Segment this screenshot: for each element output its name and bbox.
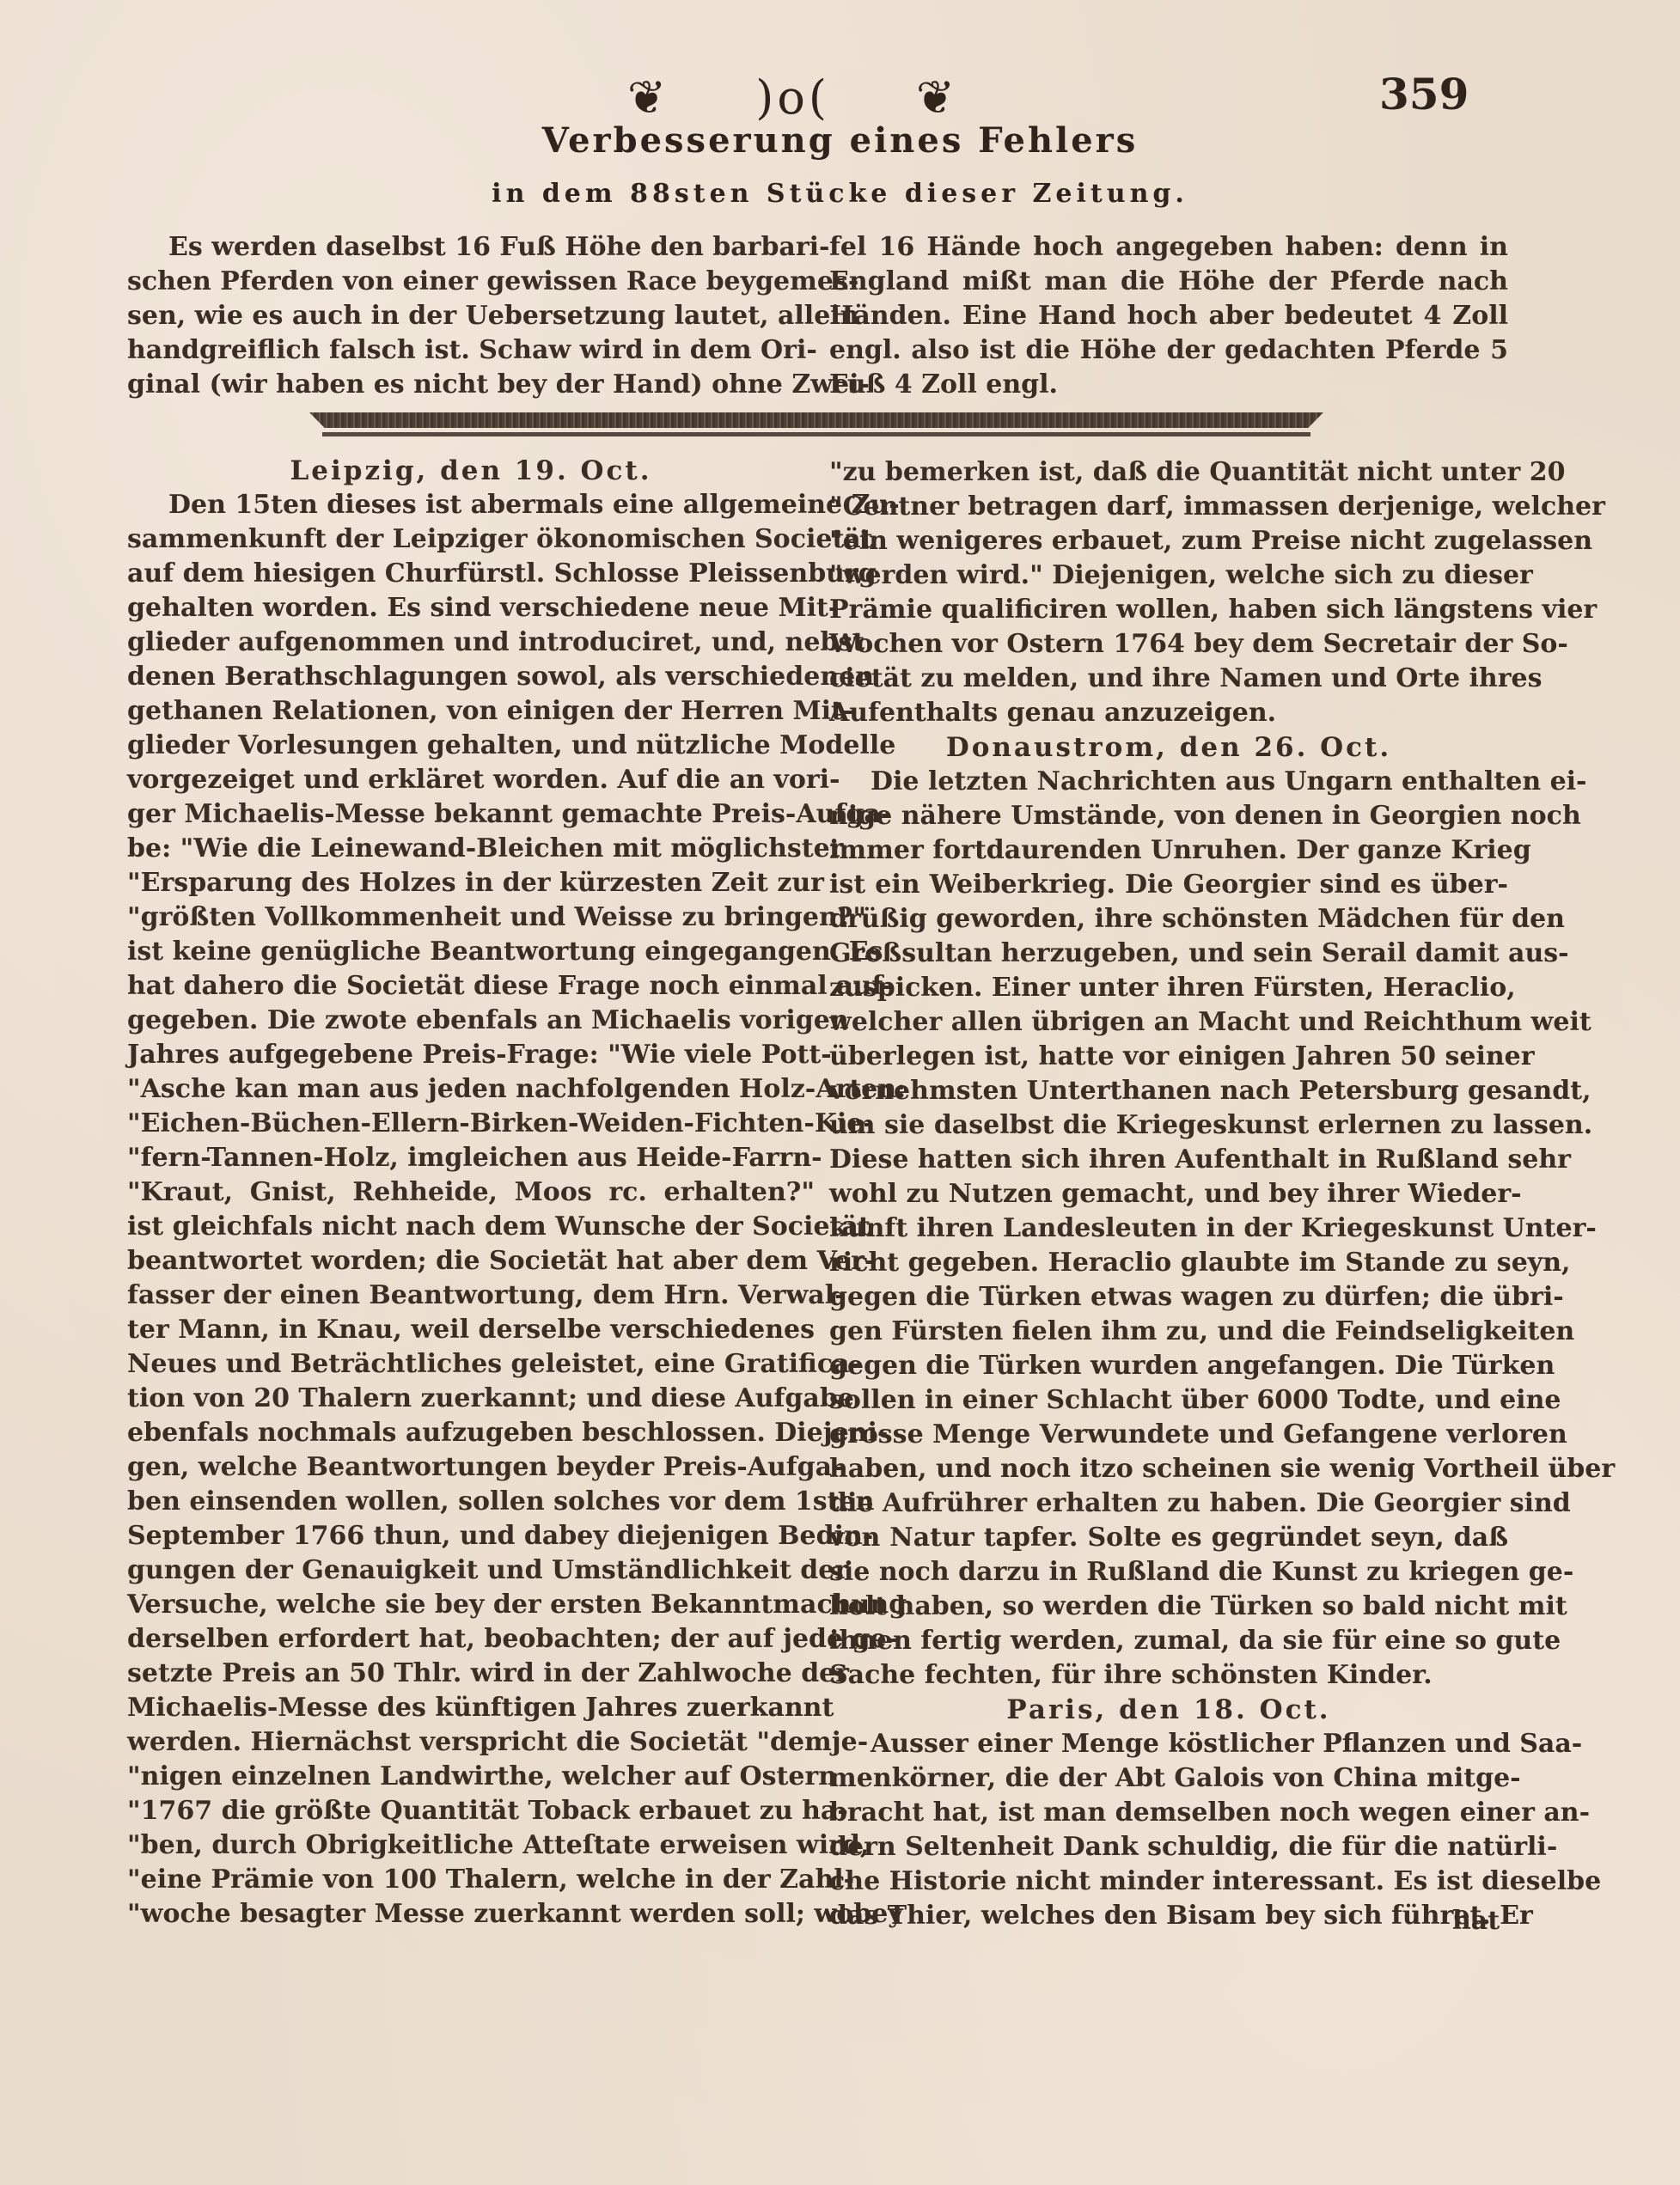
text-line: "Asche kan man aus jeden nachfolgenden H… xyxy=(127,1072,815,1107)
text-line: Ausser einer Menge köstlicher Pflanzen u… xyxy=(829,1727,1508,1761)
text-line: setzte Preis an 50 Thlr. wird in der Zah… xyxy=(127,1657,815,1691)
text-line: bracht hat, ist man demselben noch wegen… xyxy=(829,1796,1508,1830)
text-line: vorgezeiget und erkläret worden. Auf die… xyxy=(127,763,815,797)
dateline-paris: Paris, den 18. Oct. xyxy=(829,1693,1508,1727)
text-line: Großsultan herzugeben, und sein Serail d… xyxy=(829,937,1508,971)
text-line: Händen. Eine Hand hoch aber bedeutet 4 Z… xyxy=(829,299,1508,333)
text-line: Versuche, welche sie bey der ersten Beka… xyxy=(127,1588,815,1622)
text-line: "woche besagter Messe zuerkannt werden s… xyxy=(127,1897,815,1932)
text-line: ger Michaelis-Messe bekannt gemachte Pre… xyxy=(127,797,815,832)
article-leipzig: Leipzig, den 19. Oct. Den 15ten dieses i… xyxy=(127,454,815,1932)
text-line: Den 15ten dieses ist abermals eine allge… xyxy=(127,488,815,522)
text-line: immer fortdaurenden Unruhen. Der ganze K… xyxy=(829,833,1508,868)
text-line: "ein wenigeres erbauet, zum Preise nicht… xyxy=(829,524,1508,558)
text-line: werden. Hiernächst verspricht die Societ… xyxy=(127,1725,815,1760)
text-line: sen, wie es auch in der Uebersetzung lau… xyxy=(127,299,815,333)
text-line: fasser der einen Beantwortung, dem Hrn. … xyxy=(127,1279,815,1313)
text-line: "Centner betragen darf, immassen derjeni… xyxy=(829,490,1508,524)
text-line: gehalten worden. Es sind verschiedene ne… xyxy=(127,591,815,626)
text-line: ist keine genügliche Beantwortung eingeg… xyxy=(127,935,815,969)
text-line: glieder Vorlesungen gehalten, und nützli… xyxy=(127,729,815,763)
text-line: "fern-Tannen-Holz, imgleichen aus Heide-… xyxy=(127,1141,815,1175)
text-line: "Ersparung des Holzes in der kürzesten Z… xyxy=(127,866,815,900)
text-line: Fuß 4 Zoll engl. xyxy=(829,368,1508,402)
text-line: wohl zu Nutzen gemacht, und bey ihrer Wi… xyxy=(829,1177,1508,1212)
text-line: ist ein Weiberkrieg. Die Georgier sind e… xyxy=(829,868,1508,902)
text-line: Sache fechten, für ihre schönsten Kinder… xyxy=(829,1658,1508,1693)
article-right-column: "zu bemerken ist, daß die Quantität nich… xyxy=(829,455,1508,1933)
dateline-leipzig: Leipzig, den 19. Oct. xyxy=(127,454,815,488)
text-line: das Thier, welches den Bisam bey sich fü… xyxy=(829,1899,1508,1933)
shell-ornament-icon: ❦ xyxy=(627,70,669,125)
text-line: handgreiflich falsch ist. Schaw wird in … xyxy=(127,333,815,368)
text-line: "größten Vollkommenheit und Weisse zu br… xyxy=(127,900,815,935)
text-line: beantwortet worden; die Societät hat abe… xyxy=(127,1244,815,1279)
text-line: welcher allen übrigen an Macht und Reich… xyxy=(829,1005,1508,1040)
correction-subtitle: in dem 88sten Stücke dieser Zeitung. xyxy=(0,179,1680,209)
text-line: schen Pferden von einer gewissen Race be… xyxy=(127,265,815,299)
text-line: gethanen Relationen, von einigen der Her… xyxy=(127,694,815,729)
text-line: Aufenthalts genau anzuzeigen. xyxy=(829,696,1508,730)
text-line: vornehmsten Unterthanen nach Petersburg … xyxy=(829,1074,1508,1108)
text-line: gegen die Türken etwas wagen zu dürfen; … xyxy=(829,1280,1508,1315)
text-line: überlegen ist, hatte vor einigen Jahren … xyxy=(829,1040,1508,1074)
text-line: "eine Prämie von 100 Thalern, welche in … xyxy=(127,1863,815,1897)
text-line: "Eichen-Büchen-Ellern-Birken-Weiden-Fich… xyxy=(127,1107,815,1141)
text-line: derselben erfordert hat, beobachten; der… xyxy=(127,1622,815,1657)
text-line: sammenkunft der Leipziger ökonomischen S… xyxy=(127,522,815,557)
correction-text-left: Es werden daselbst 16 Fuß Höhe den barba… xyxy=(127,230,815,402)
text-line: Neues und Beträchtliches geleistet, eine… xyxy=(127,1347,815,1382)
text-line: "ben, durch Obrigkeitliche Atteſtate erw… xyxy=(127,1828,815,1863)
text-line: ihnen fertig werden, zumal, da sie für e… xyxy=(829,1624,1508,1658)
newspaper-page: ❦ )o( ❦ 359 Verbesserung eines Fehlers i… xyxy=(0,0,1680,2185)
text-line: "1767 die größte Quantität Toback erbaue… xyxy=(127,1794,815,1828)
text-line: England mißt man die Höhe der Pferde nac… xyxy=(829,265,1508,299)
text-line: glieder aufgenommen und introduciret, un… xyxy=(127,626,815,660)
text-line: hat dahero die Societät diese Frage noch… xyxy=(127,969,815,1004)
text-line: "zu bemerken ist, daß die Quantität nich… xyxy=(829,455,1508,490)
text-line: drüßig geworden, ihre schönsten Mädchen … xyxy=(829,902,1508,937)
text-line: che Historie nicht minder interessant. E… xyxy=(829,1865,1508,1899)
divider-ornament-icon: )o( xyxy=(755,70,830,125)
correction-text-right: fel 16 Hände hoch angegeben haben: denn … xyxy=(829,230,1508,402)
text-line: sollen in einer Schlacht über 6000 Todte… xyxy=(829,1383,1508,1418)
text-line: engl. also ist die Höhe der gedachten Pf… xyxy=(829,333,1508,368)
text-line: gen, welche Beantwortungen beyder Preis-… xyxy=(127,1450,815,1485)
text-line: nige nähere Umstände, von denen in Georg… xyxy=(829,799,1508,833)
text-line: dern Seltenheit Dank schuldig, die für d… xyxy=(829,1830,1508,1865)
shell-ornament-icon: ❦ xyxy=(916,70,958,125)
text-line: Prämie qualificiren wollen, haben sich l… xyxy=(829,593,1508,627)
text-line: ben einsenden wollen, sollen solches vor… xyxy=(127,1485,815,1519)
text-line: menkörner, die der Abt Galois von China … xyxy=(829,1761,1508,1796)
text-line: Diese hatten sich ihren Aufenthalt in Ru… xyxy=(829,1143,1508,1177)
text-line: gen Fürsten fielen ihm zu, und die Feind… xyxy=(829,1315,1508,1349)
text-line: gegen die Türken wurden angefangen. Die … xyxy=(829,1349,1508,1383)
text-line: gegeben. Die zwote ebenfals an Michaelis… xyxy=(127,1004,815,1038)
text-line: "Kraut, Gnist, Rehheide, Moos rc. erhalt… xyxy=(127,1175,815,1210)
text-line: be: "Wie die Leinewand-Bleichen mit mögl… xyxy=(127,832,815,866)
correction-title: Verbesserung eines Fehlers xyxy=(0,120,1680,161)
text-line: ist gleichfals nicht nach dem Wunsche de… xyxy=(127,1210,815,1244)
dateline-donaustrom: Donaustrom, den 26. Oct. xyxy=(829,730,1508,765)
text-line: September 1766 thun, und dabey diejenige… xyxy=(127,1519,815,1553)
text-line: haben, und noch itzo scheinen sie wenig … xyxy=(829,1452,1508,1486)
text-line: Michaelis-Messe des künftigen Jahres zue… xyxy=(127,1691,815,1725)
text-line: die Aufrührer erhalten zu haben. Die Geo… xyxy=(829,1486,1508,1521)
text-line: Es werden daselbst 16 Fuß Höhe den barba… xyxy=(127,230,815,265)
text-line: um sie daselbst die Kriegeskunst erlerne… xyxy=(829,1108,1508,1143)
text-line: zuspicken. Einer unter ihren Fürsten, He… xyxy=(829,971,1508,1005)
catchword: hat xyxy=(1452,1906,1500,1936)
page-number: 359 xyxy=(1379,69,1469,119)
text-line: Die letzten Nachrichten aus Ungarn entha… xyxy=(829,765,1508,799)
header-ornament: ❦ )o( ❦ xyxy=(627,70,958,125)
text-line: ginal (wir haben es nicht bey der Hand) … xyxy=(127,368,815,402)
text-line: grosse Menge Verwundete und Gefangene ve… xyxy=(829,1418,1508,1452)
text-line: von Natur tapfer. Solte es gegründet sey… xyxy=(829,1521,1508,1555)
text-line: Wochen vor Ostern 1764 bey dem Secretair… xyxy=(829,627,1508,662)
text-line: holt haben, so werden die Türken so bald… xyxy=(829,1590,1508,1624)
text-line: ebenfals nochmals aufzugeben beschlossen… xyxy=(127,1416,815,1450)
text-line: richt gegeben. Heraclio glaubte im Stand… xyxy=(829,1246,1508,1280)
text-line: sie noch darzu in Rußland die Kunst zu k… xyxy=(829,1555,1508,1590)
text-line: fel 16 Hände hoch angegeben haben: denn … xyxy=(829,230,1508,265)
decorative-rule xyxy=(309,412,1323,428)
text-line: gungen der Genauigkeit und Umständlichke… xyxy=(127,1553,815,1588)
text-line: tion von 20 Thalern zuerkannt; und diese… xyxy=(127,1382,815,1416)
text-line: auf dem hiesigen Churfürstl. Schlosse Pl… xyxy=(127,557,815,591)
text-line: Jahres aufgegebene Preis-Frage: "Wie vie… xyxy=(127,1038,815,1072)
text-line: cietät zu melden, und ihre Namen und Ort… xyxy=(829,662,1508,696)
text-line: ter Mann, in Knau, weil derselbe verschi… xyxy=(127,1313,815,1347)
text-line: denen Berathschlagungen sowol, als versc… xyxy=(127,660,815,694)
text-line: "werden wird." Diejenigen, welche sich z… xyxy=(829,558,1508,593)
text-line: kunft ihren Landesleuten in der Kriegesk… xyxy=(829,1212,1508,1246)
decorative-rule-thin xyxy=(322,432,1310,436)
text-line: "nigen einzelnen Landwirthe, welcher auf… xyxy=(127,1760,815,1794)
